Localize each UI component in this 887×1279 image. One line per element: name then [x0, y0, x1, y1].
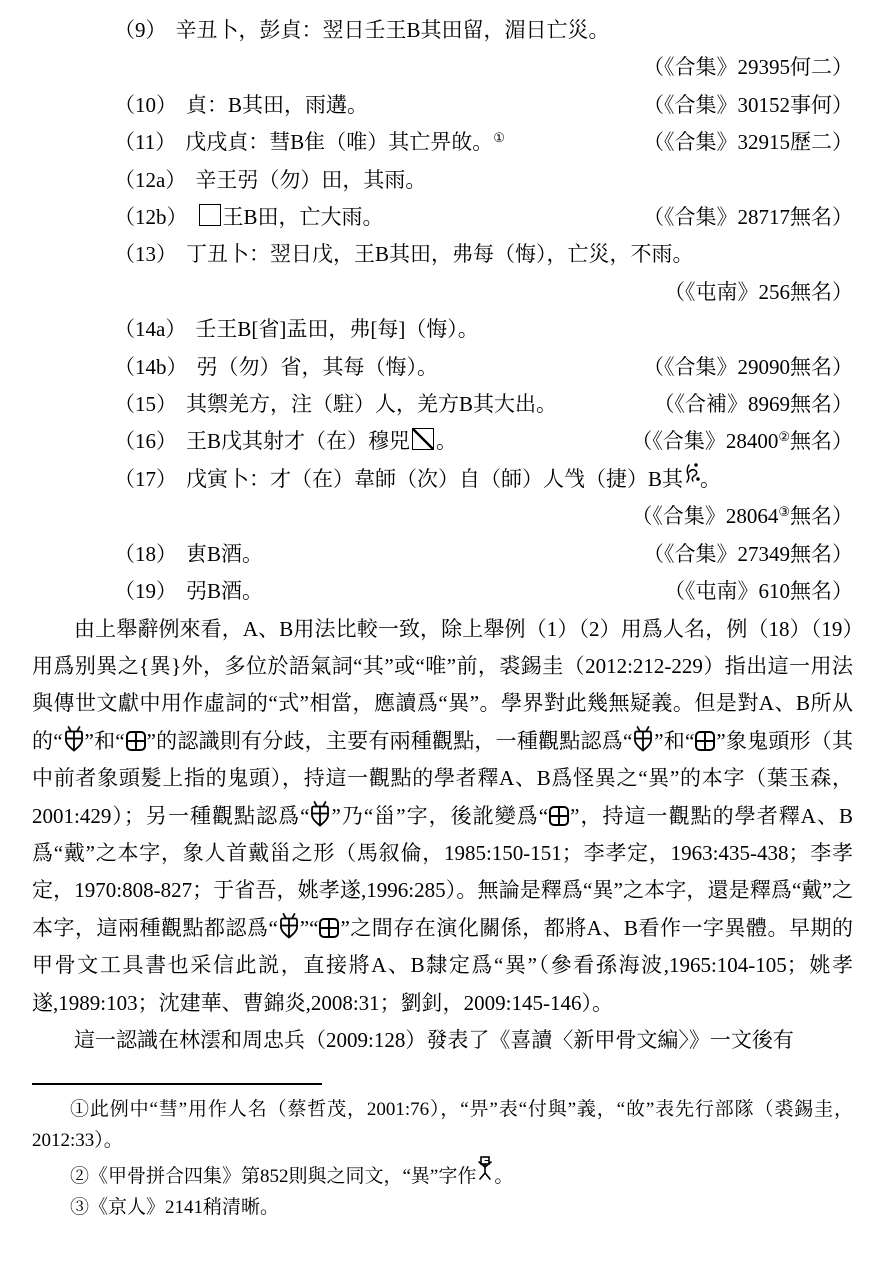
- text-run: （《合集》28717無名）: [643, 205, 853, 229]
- example-number: （11）: [114, 124, 176, 161]
- example-row: （《合集》29395何二）: [32, 49, 853, 86]
- text-run: 貞：B其田，雨遘。: [186, 93, 368, 117]
- oracle-glyph-tian: [125, 730, 147, 752]
- text-run: （《合集》28400: [631, 429, 778, 453]
- oracle-glyph-tian: [548, 805, 570, 827]
- example-row: （12b）王B田，亡大雨。（《合集》28717無名）: [32, 199, 853, 236]
- example-text: 王B戊其射才（在）穆兕。: [186, 423, 457, 460]
- text-run: 辛丑卜，彭貞：翌日壬王B其田留，湄日亡災。: [176, 18, 610, 42]
- text-run: 丁丑卜：翌日戊，王B其田，弗每（悔），亡災，不雨。: [186, 242, 694, 266]
- oracle-glyph-zai: [278, 913, 300, 939]
- oracle-glyph-yi-cursive: [683, 462, 700, 484]
- example-row: （《合集》28064③無名）: [32, 498, 853, 535]
- text-run: 。: [700, 467, 721, 491]
- text-run: 。: [494, 1166, 513, 1187]
- example-citation: （《合集》29090無名）: [643, 349, 853, 386]
- example-row: （14a）壬王B[省]盂田，弗[每]（悔）。: [32, 311, 853, 348]
- text-run: （《合補》8969無名）: [654, 392, 854, 416]
- oracle-glyph-zai: [632, 726, 654, 752]
- example-number: （10）: [114, 87, 177, 124]
- text-run: （《合集》32915歷二）: [643, 130, 853, 154]
- example-text: 其禦羌方，注（駐）人，羌方B其大出。: [186, 386, 557, 423]
- text-run: 辛王弜（勿）田，其雨。: [195, 168, 426, 192]
- example-text: 叀B酒。: [186, 536, 263, 573]
- example-row: （11）戊戌貞：彗B隹（唯）其亡畀敀。①（《合集》32915歷二）: [32, 124, 853, 161]
- text-run: ”和“: [654, 729, 694, 753]
- footnote-ref: ②: [778, 429, 790, 444]
- example-number: （15）: [114, 386, 177, 423]
- text-run: 壬王B[省]盂田，弗[每]（悔）。: [195, 317, 478, 341]
- body-paragraph: 由上舉辭例來看，A、B用法比較一致，除上舉例（1）（2）用爲人名，例（18）（1…: [32, 611, 853, 1022]
- example-number: （19）: [114, 573, 177, 610]
- examples-list: （9）辛丑卜，彭貞：翌日壬王B其田留，湄日亡災。（《合集》29395何二）（10…: [32, 12, 853, 611]
- example-row: （10）貞：B其田，雨遘。（《合集》30152事何）: [32, 87, 853, 124]
- example-number: （13）: [114, 236, 177, 273]
- oracle-glyph-tian: [318, 917, 340, 939]
- footnote-item: ③《京人》2141稍清晰。: [32, 1192, 853, 1223]
- example-number: （14a）: [114, 311, 186, 348]
- text-run: （《合集》30152事何）: [643, 93, 853, 117]
- text-run: ②《甲骨拼合四集》第852則與之同文，“異”字作: [70, 1166, 476, 1187]
- text-run: 戊寅卜：才（在）韋師（次）自（師）人㦰（捷）B其: [186, 467, 683, 491]
- footnote-item: ①此例中“彗”用作人名（蔡哲茂，2001:76），“畀”表“付與”義，“敀”表先…: [32, 1094, 853, 1156]
- example-row: （16）王B戊其射才（在）穆兕。（《合集》28400②無名）: [32, 423, 853, 460]
- text-run: 這一認識在林澐和周忠兵（2009:128）發表了《喜讀〈新甲骨文編〉》一文後有: [74, 1028, 794, 1052]
- example-text: 戊寅卜：才（在）韋師（次）自（師）人㦰（捷）B其。: [186, 461, 721, 498]
- text-run: 無名）: [790, 429, 853, 453]
- example-row: （13）丁丑卜：翌日戊，王B其田，弗每（悔），亡災，不雨。: [32, 236, 853, 273]
- example-number: （16）: [114, 423, 177, 460]
- example-row: （15）其禦羌方，注（駐）人，羌方B其大出。（《合補》8969無名）: [32, 386, 853, 423]
- body-paragraph: 這一認識在林澐和周忠兵（2009:128）發表了《喜讀〈新甲骨文編〉》一文後有: [32, 1022, 853, 1059]
- document-page: （9）辛丑卜，彭貞：翌日壬王B其田留，湄日亡災。（《合集》29395何二）（10…: [0, 0, 887, 1279]
- text-run: 王B戊其射才（在）穆兕: [186, 429, 410, 453]
- example-row: （9）辛丑卜，彭貞：翌日壬王B其田留，湄日亡災。: [32, 12, 853, 49]
- example-number: （12a）: [114, 162, 186, 199]
- example-row: （12a）辛王弜（勿）田，其雨。: [32, 162, 853, 199]
- example-citation: （《屯南》610無名）: [664, 573, 853, 610]
- example-number: （17）: [114, 461, 177, 498]
- text-run: ③《京人》2141稍清晰。: [70, 1197, 279, 1218]
- example-citation: （《合集》28717無名）: [643, 199, 853, 236]
- oracle-glyph-yi-figure: [476, 1156, 494, 1180]
- footnotes-list: ①此例中“彗”用作人名（蔡哲茂，2001:76），“畀”表“付與”義，“敀”表先…: [32, 1094, 853, 1223]
- example-row: （《屯南》256無名）: [32, 274, 853, 311]
- text-run: 。: [436, 429, 457, 453]
- example-citation: （《合補》8969無名）: [654, 386, 854, 423]
- oracle-glyph-tian: [694, 730, 716, 752]
- example-text: 辛王弜（勿）田，其雨。: [195, 162, 426, 199]
- example-citation: （《合集》28400②無名）: [631, 423, 853, 460]
- example-row: （17）戊寅卜：才（在）韋師（次）自（師）人㦰（捷）B其。: [32, 461, 853, 498]
- example-text: 弜（勿）省，其每（悔）。: [197, 349, 439, 386]
- oracle-glyph-zai: [309, 801, 331, 827]
- example-text: 壬王B[省]盂田，弗[每]（悔）。: [195, 311, 478, 348]
- text-run: ”和“: [85, 729, 125, 753]
- text-run: （《屯南》256無名）: [664, 280, 853, 304]
- example-number: （18）: [114, 536, 177, 573]
- example-citation: （《屯南》256無名）: [664, 274, 853, 311]
- text-run: （《合集》29395何二）: [643, 55, 853, 79]
- text-run: ”“: [300, 916, 319, 940]
- example-text: 戊戌貞：彗B隹（唯）其亡畀敀。①: [185, 124, 505, 161]
- example-row: （14b）弜（勿）省，其每（悔）。（《合集》29090無名）: [32, 349, 853, 386]
- text-run: 弜B酒。: [186, 579, 263, 603]
- missing-char-box: [199, 204, 221, 226]
- example-citation: （《合集》30152事何）: [643, 87, 853, 124]
- example-number: （9）: [114, 12, 167, 49]
- footnote-rule: [32, 1083, 322, 1085]
- text-run: ①此例中“彗”用作人名（蔡哲茂，2001:76），“畀”表“付與”義，“敀”表先…: [32, 1099, 853, 1151]
- text-run: ”乃“甾”字，後訛變爲“: [331, 804, 548, 828]
- oracle-glyph-zai: [63, 726, 85, 752]
- text-run: （《合集》29090無名）: [643, 355, 853, 379]
- example-number: （12b）: [114, 199, 188, 236]
- text-run: ”的認識則有分歧，主要有兩種觀點，一種觀點認爲“: [147, 729, 633, 753]
- footnote-ref: ③: [778, 504, 790, 519]
- example-text: 弜B酒。: [186, 573, 263, 610]
- example-text: 王B田，亡大雨。: [197, 199, 384, 236]
- example-text: 辛丑卜，彭貞：翌日壬王B其田留，湄日亡災。: [176, 12, 610, 49]
- body-text: 由上舉辭例來看，A、B用法比較一致，除上舉例（1）（2）用爲人名，例（18）（1…: [32, 611, 853, 1060]
- footnotes-section: ①此例中“彗”用作人名（蔡哲茂，2001:76），“畀”表“付與”義，“敀”表先…: [32, 1083, 853, 1223]
- text-run: 無名）: [790, 504, 853, 528]
- example-row: （18）叀B酒。（《合集》27349無名）: [32, 536, 853, 573]
- example-text: 貞：B其田，雨遘。: [186, 87, 368, 124]
- example-citation: （《合集》32915歷二）: [643, 124, 853, 161]
- example-citation: （《合集》29395何二）: [643, 49, 853, 86]
- text-run: （《合集》27349無名）: [643, 542, 853, 566]
- example-row: （19）弜B酒。（《屯南》610無名）: [32, 573, 853, 610]
- footnote-item: ②《甲骨拼合四集》第852則與之同文，“異”字作。: [32, 1156, 853, 1192]
- text-run: 叀B酒。: [186, 542, 263, 566]
- example-number: （14b）: [114, 349, 188, 386]
- text-run: 王B田，亡大雨。: [223, 205, 384, 229]
- text-run: 戊戌貞：彗B隹（唯）其亡畀敀。: [185, 130, 493, 154]
- text-run: （《屯南》610無名）: [664, 579, 853, 603]
- example-citation: （《合集》27349無名）: [643, 536, 853, 573]
- text-run: 弜（勿）省，其每（悔）。: [197, 355, 439, 379]
- damaged-char-box: [412, 428, 434, 450]
- example-text: 丁丑卜：翌日戊，王B其田，弗每（悔），亡災，不雨。: [186, 236, 694, 273]
- footnote-ref: ①: [493, 130, 505, 145]
- text-run: （《合集》28064: [631, 504, 778, 528]
- example-citation: （《合集》28064③無名）: [631, 498, 853, 535]
- text-run: 其禦羌方，注（駐）人，羌方B其大出。: [186, 392, 557, 416]
